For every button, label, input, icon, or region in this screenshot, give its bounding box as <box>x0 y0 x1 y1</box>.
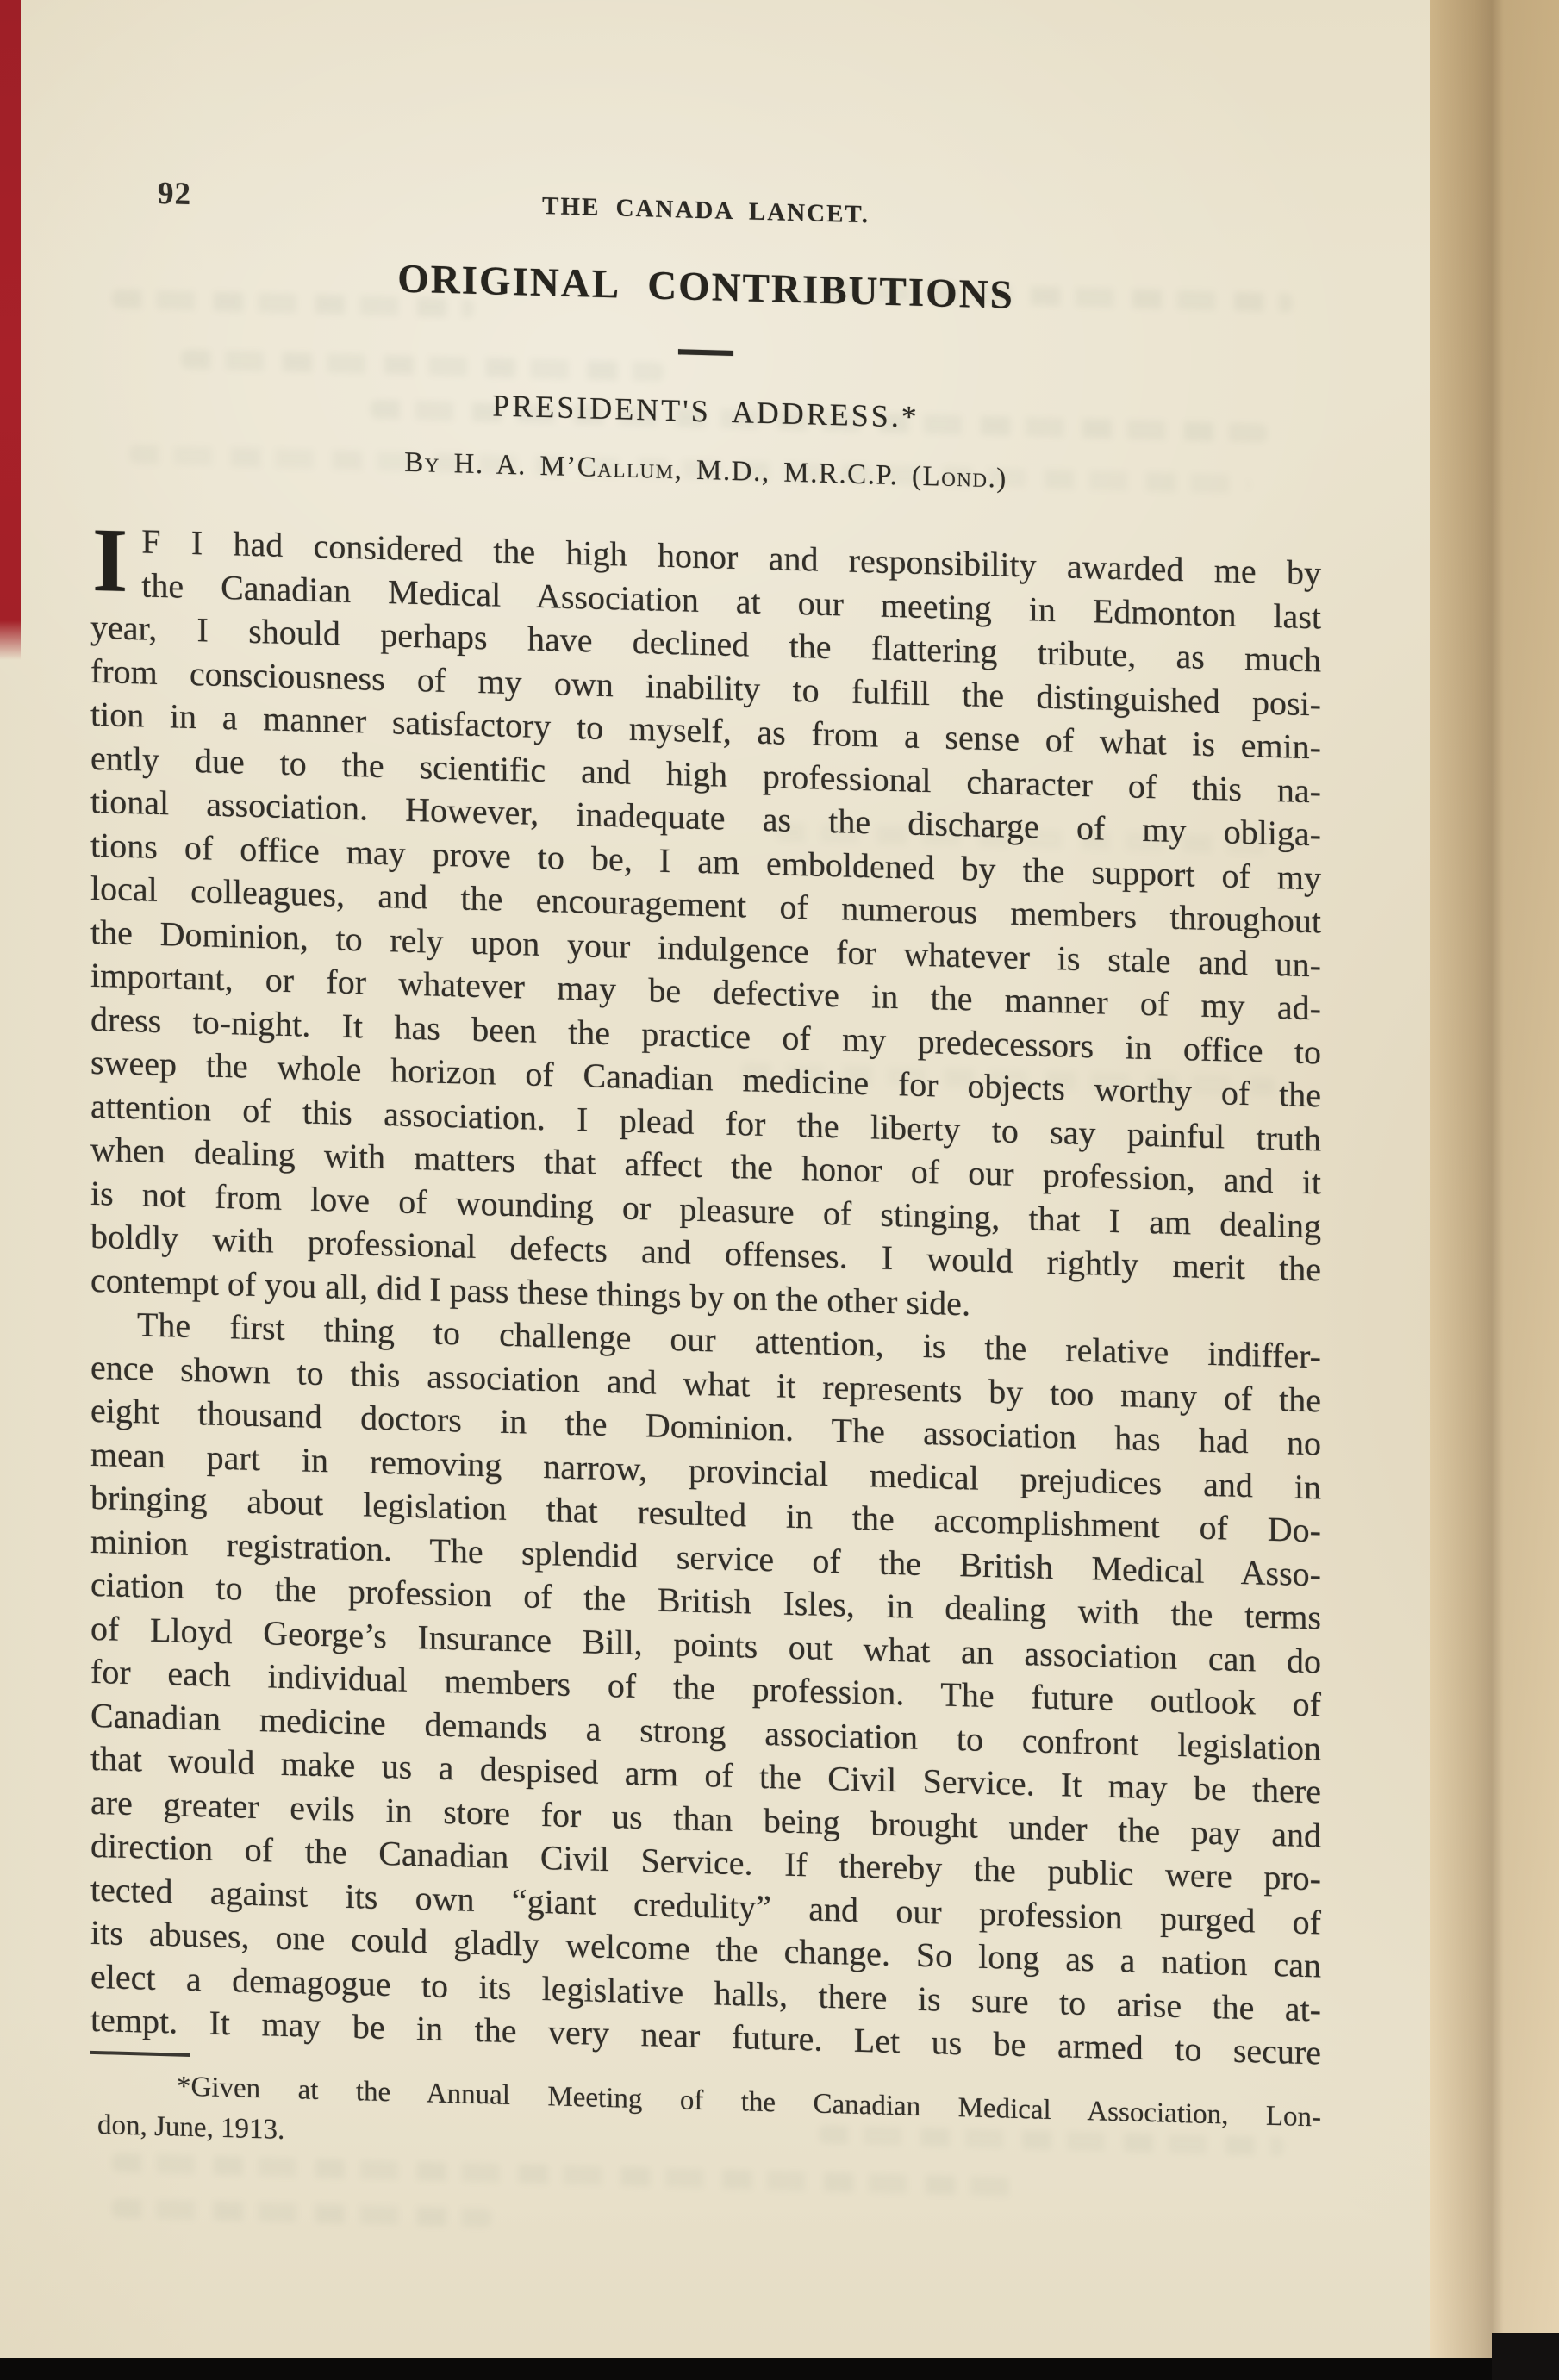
text-column: 92 THE CANADA LANCET. ORIGINAL CONTRIBUT… <box>90 173 1321 2178</box>
right-fore-edge <box>1430 0 1559 2380</box>
article-body: I F I had considered the high honor and … <box>90 519 1321 2075</box>
section-title: ORIGINAL CONTRIBUTIONS <box>90 247 1321 327</box>
page-content: 92 THE CANADA LANCET. ORIGINAL CONTRIBUT… <box>0 0 1559 2184</box>
article-byline: By H. A. M’Callum, M.D., M.R.C.P. (Lond.… <box>90 439 1321 504</box>
page-number: 92 <box>158 175 191 213</box>
scanned-journal-page: 92 THE CANADA LANCET. ORIGINAL CONTRIBUT… <box>0 0 1559 2380</box>
bleed-through-text <box>112 2199 491 2228</box>
scanner-bottom-corner <box>1492 2333 1559 2380</box>
footnote-rule <box>90 2050 190 2056</box>
page-header: 92 THE CANADA LANCET. <box>90 173 1321 245</box>
running-head: THE CANADA LANCET. <box>90 173 1321 242</box>
drop-cap: I <box>92 520 128 601</box>
red-edge-stain <box>0 0 21 660</box>
paragraph-2: The first thing to challenge our attenti… <box>90 1302 1321 2075</box>
section-divider-rule <box>678 349 733 356</box>
paragraph-2-lines: The first thing to challenge our attenti… <box>90 1302 1321 2075</box>
paragraph-1: I F I had considered the high honor and … <box>90 519 1321 1336</box>
article-title: PRESIDENT'S ADDRESS.* <box>90 377 1321 446</box>
scanner-bottom-bar <box>0 2358 1559 2380</box>
paragraph-1-lines: F I had considered the high honor and re… <box>90 519 1321 1336</box>
